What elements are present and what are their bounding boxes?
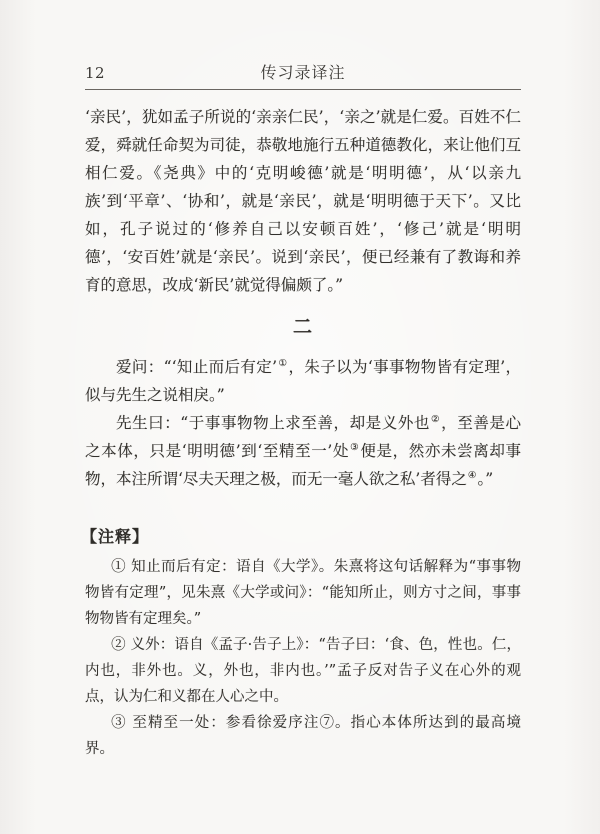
text-column: 12 传习录译注 ‘亲民’，犹如孟子所说的‘亲亲仁民’，‘亲之’就是仁爱。百姓不… [85, 0, 521, 762]
paragraph-continuation: ‘亲民’，犹如孟子所说的‘亲亲仁民’，‘亲之’就是仁爱。百姓不仁爱，舜就任命契为… [85, 103, 521, 299]
running-head: 12 传习录译注 [85, 0, 521, 90]
book-title: 传习录译注 [260, 60, 345, 83]
paragraph-answer: 先生曰：“于事事物物上求至善，却是义外也②，至善是心之本体，只是‘明明德’到‘至… [85, 409, 521, 493]
note-item-2: ② 义外：语自《孟子·告子上》：“告子曰：‘食、色，性也。仁，内也，非外也。义，… [85, 632, 521, 710]
paragraph-question: 爱问：“‘知止而后有定’①，朱子以为‘事事物物皆有定理’，似与先生之说相戾。” [85, 353, 521, 409]
section-heading: 二 [85, 314, 521, 340]
note-item-3: ③ 至精至一处：参看徐爱序注⑦。指心本体所达到的最高境界。 [85, 710, 521, 762]
note-item-1: ① 知止而后有定：语自《大学》。朱熹将这句话解释为“事事物物皆有定理”，见朱熹《… [85, 554, 521, 632]
page-number: 12 [85, 64, 105, 82]
notes-section: 【注释】 ① 知止而后有定：语自《大学》。朱熹将这句话解释为“事事物物皆有定理”… [85, 524, 521, 762]
body-text: ‘亲民’，犹如孟子所说的‘亲亲仁民’，‘亲之’就是仁爱。百姓不仁爱，舜就任命契为… [85, 103, 521, 493]
header-rule [85, 89, 521, 90]
notes-heading: 【注释】 [81, 524, 521, 550]
scanned-book-page: 12 传习录译注 ‘亲民’，犹如孟子所说的‘亲亲仁民’，‘亲之’就是仁爱。百姓不… [0, 0, 600, 834]
